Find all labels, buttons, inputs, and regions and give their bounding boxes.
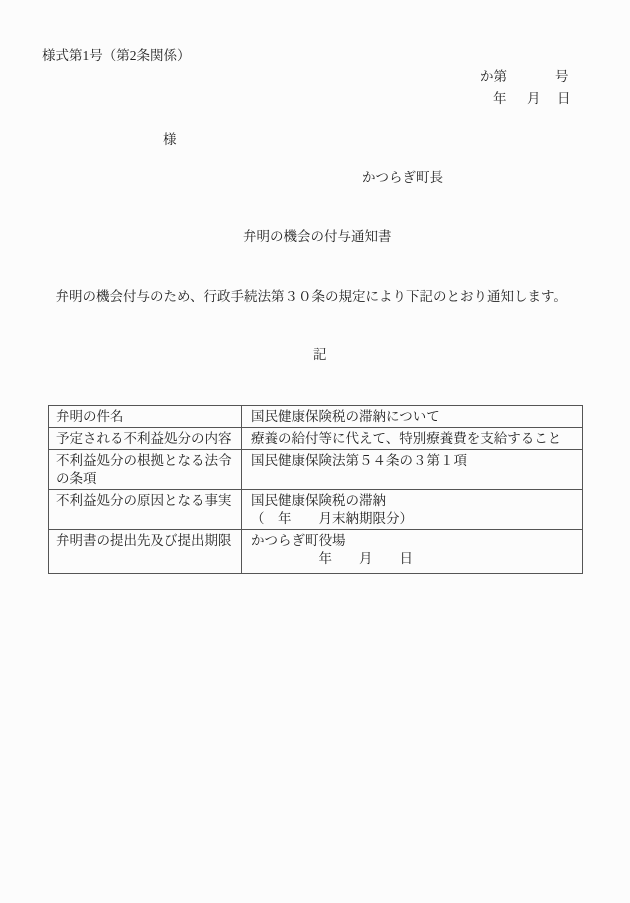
date-month-label: 月 — [527, 91, 541, 107]
table-row: 予定される不利益処分の内容 療養の給付等に代えて、特別療養費を支給すること — [49, 428, 583, 450]
document-page: 様式第1号（第2条関係） か第 号 年 月 日 様 かつらぎ町長 弁明の機会の付… — [0, 0, 630, 903]
row-value-line: 年 月 日 — [251, 550, 576, 568]
row-label-cell: 弁明書の提出先及び提出期限 — [49, 530, 242, 574]
row-label-cell: 不利益処分の原因となる事実 — [49, 490, 242, 530]
row-label-line: 予定される不利益処分の内容 — [56, 430, 235, 448]
row-label-cell: 予定される不利益処分の内容 — [49, 428, 242, 450]
date-year-label: 年 — [493, 91, 507, 107]
table-row: 弁明書の提出先及び提出期限 かつらぎ町役場 年 月 日 — [49, 530, 583, 574]
row-value-cell: 国民健康保険法第５４条の３第１項 — [242, 450, 583, 490]
row-label-line: 不利益処分の根拠となる法令 — [56, 452, 235, 470]
document-title: 弁明の機会の付与通知書 — [243, 229, 392, 245]
row-label-cell: 弁明の件名 — [49, 406, 242, 428]
sender-name: かつらぎ町長 — [362, 170, 443, 186]
doc-number-prefix: か第 — [480, 69, 507, 85]
doc-number-suffix: 号 — [555, 69, 569, 85]
row-label-cell: 不利益処分の根拠となる法令 の条項 — [49, 450, 242, 490]
row-label-line: 弁明の件名 — [56, 408, 235, 426]
body-paragraph: 弁明の機会付与のため、行政手続法第３０条の規定により下記のとおり通知します。 — [42, 289, 567, 305]
date-day-label: 日 — [557, 91, 571, 107]
addressee-suffix: 様 — [163, 132, 177, 148]
table-row: 弁明の件名 国民健康保険税の滞納について — [49, 406, 583, 428]
row-label-line: の条項 — [56, 470, 235, 488]
row-value-line: 療養の給付等に代えて、特別療養費を支給すること — [251, 430, 576, 448]
row-value-cell: かつらぎ町役場 年 月 日 — [242, 530, 583, 574]
row-value-line: 国民健康保険法第５４条の３第１項 — [251, 452, 576, 470]
row-value-line: 国民健康保険税の滞納 — [251, 492, 576, 510]
record-marker: 記 — [313, 347, 327, 363]
row-value-cell: 国民健康保険税の滞納 （ 年 月末納期限分） — [242, 490, 583, 530]
row-value-cell: 療養の給付等に代えて、特別療養費を支給すること — [242, 428, 583, 450]
row-value-line: 国民健康保険税の滞納について — [251, 408, 576, 426]
row-label-line: 弁明書の提出先及び提出期限 — [56, 532, 235, 550]
row-value-line: かつらぎ町役場 — [251, 532, 576, 550]
table-row: 不利益処分の原因となる事実 国民健康保険税の滞納 （ 年 月末納期限分） — [49, 490, 583, 530]
row-value-line: （ 年 月末納期限分） — [251, 510, 576, 528]
row-value-cell: 国民健康保険税の滞納について — [242, 406, 583, 428]
form-number: 様式第1号（第2条関係） — [42, 48, 191, 64]
table-row: 不利益処分の根拠となる法令 の条項 国民健康保険法第５４条の３第１項 — [49, 450, 583, 490]
row-label-line: 不利益処分の原因となる事実 — [56, 492, 235, 510]
notice-table: 弁明の件名 国民健康保険税の滞納について 予定される不利益処分の内容 療養の給付… — [48, 405, 583, 574]
